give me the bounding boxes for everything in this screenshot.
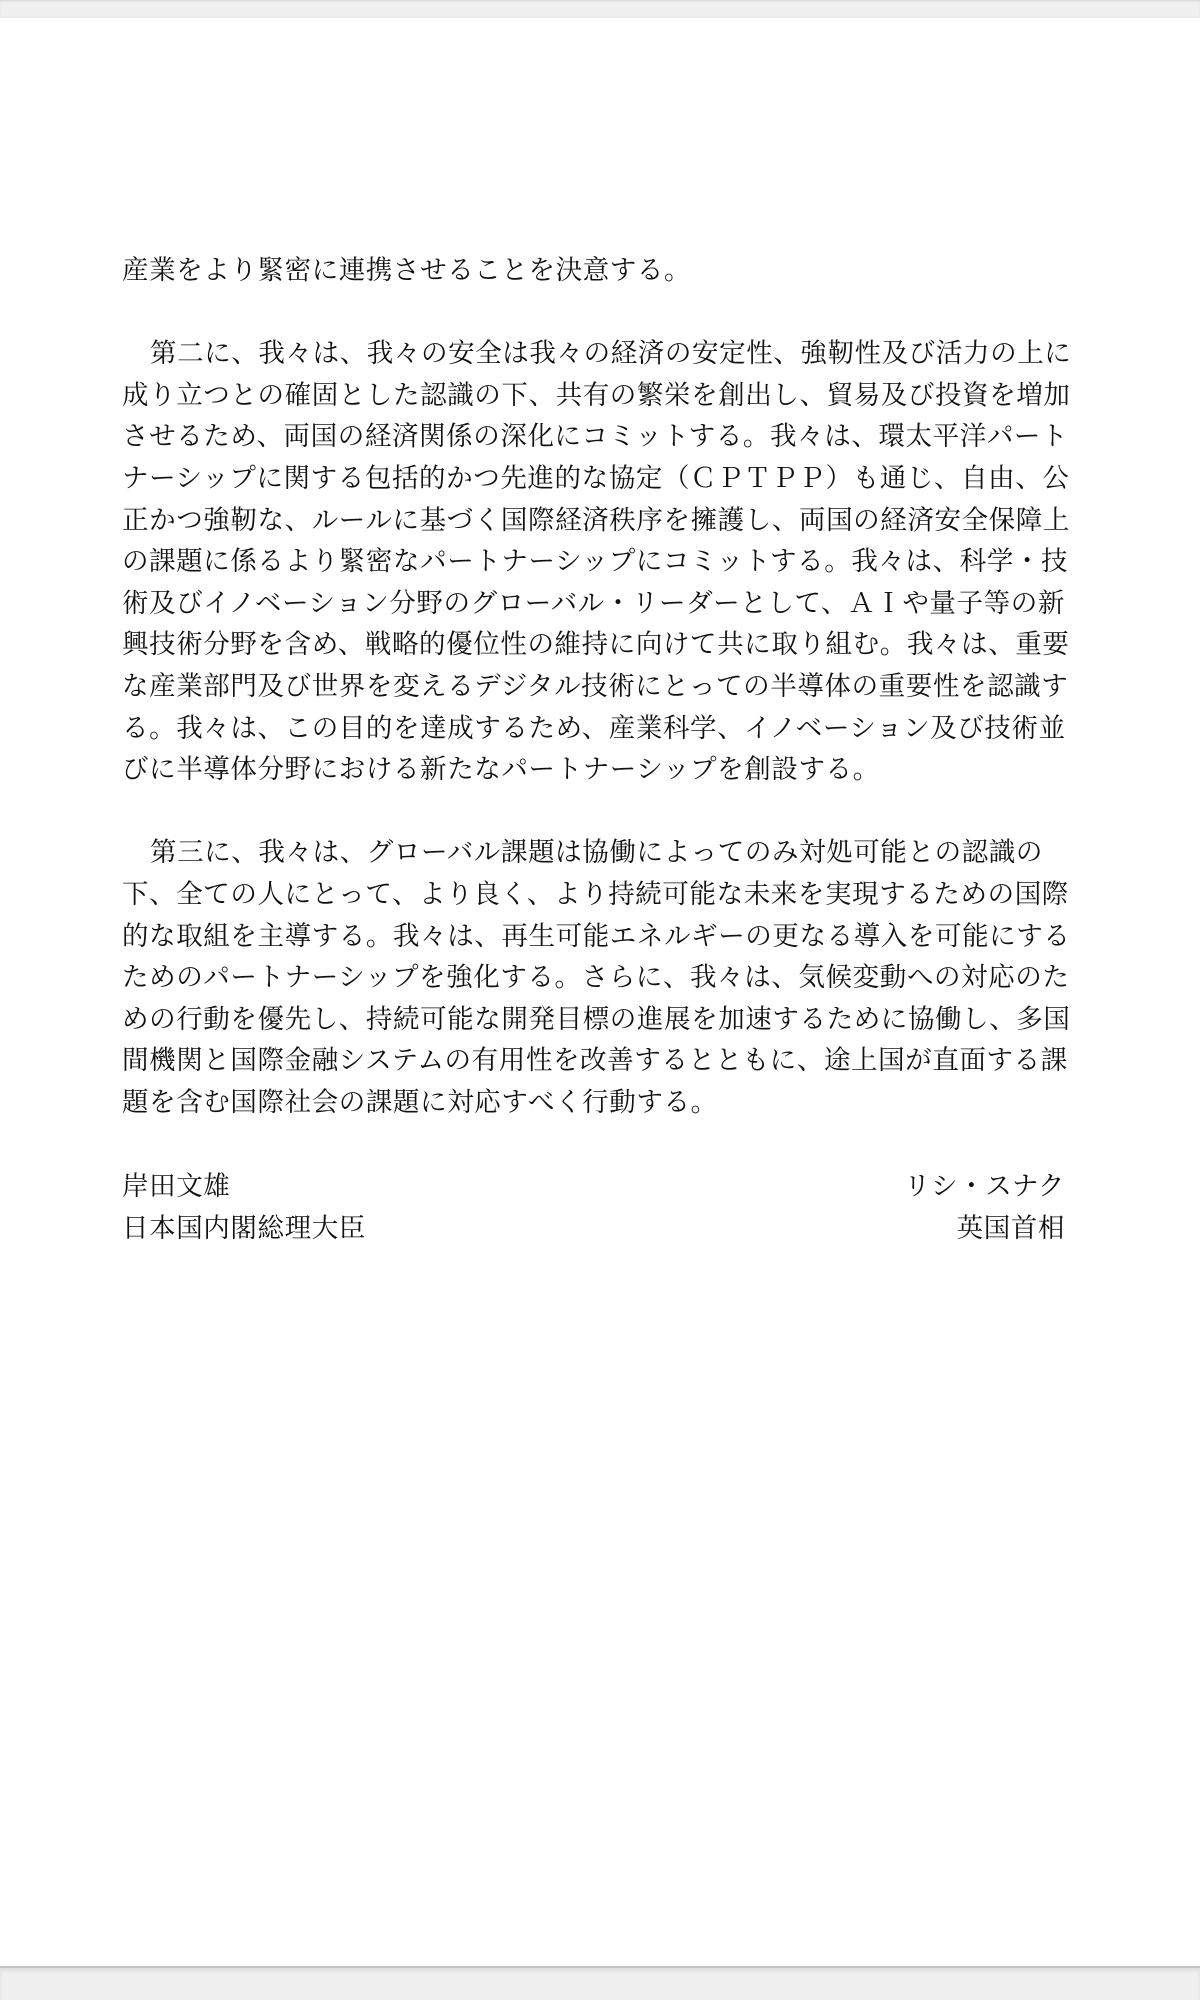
text-line: 第二に、我々は、我々の安全は我々の経済の安定性、強靭性及び活力の上に: [122, 333, 1097, 375]
text-line: びに半導体分野における新たなパートナーシップを創設する。: [122, 749, 1097, 791]
text-line: 正かつ強靭な、ルールに基づく国際経済秩序を擁護し、両国の経済安全保障上: [122, 500, 1097, 542]
signatory-name: リシ・スナク: [904, 1166, 1065, 1208]
text-line: 的な取組を主導する。我々は、再生可能エネルギーの更なる導入を可能にする: [122, 916, 1097, 958]
signatory-title: 日本国内閣総理大臣: [122, 1208, 366, 1250]
paragraph-second: 第二に、我々は、我々の安全は我々の経済の安定性、強靭性及び活力の上に 成り立つと…: [122, 333, 1097, 791]
viewer-top-bar: [0, 0, 1200, 19]
text-line: 興技術分野を含め、戦略的優位性の維持に向けて共に取り組む。我々は、重要: [122, 624, 1097, 666]
signatory-uk: リシ・スナク 英国首相: [904, 1166, 1065, 1249]
text-line: の課題に係るより緊密なパートナーシップにコミットする。我々は、科学・技: [122, 541, 1097, 583]
document-body: 産業をより緊密に連携させることを決意する。 第二に、我々は、我々の安全は我々の経…: [122, 250, 1097, 1123]
text-line: ためのパートナーシップを強化する。さらに、我々は、気候変動への対応のた: [122, 957, 1097, 999]
paragraph-gap: [122, 292, 1097, 334]
text-line: めの行動を優先し、持続可能な開発目標の進展を加速するために協働し、多国: [122, 999, 1097, 1041]
text-line: 題を含む国際社会の課題に対応すべく行動する。: [122, 1082, 1097, 1124]
text-line: 術及びイノベーション分野のグローバル・リーダーとして、ＡＩや量子等の新: [122, 583, 1097, 625]
text-line: 下、全ての人にとって、より良く、より持続可能な未来を実現するための国際: [122, 874, 1097, 916]
viewer-bottom-bar: [0, 1966, 1200, 2000]
paragraph-gap: [122, 791, 1097, 833]
signatory-japan: 岸田文雄 日本国内閣総理大臣: [122, 1166, 366, 1249]
text-line: 産業をより緊密に連携させることを決意する。: [122, 250, 1097, 292]
text-line: 成り立つとの確固とした認識の下、共有の繁栄を創出し、貿易及び投資を増加: [122, 375, 1097, 417]
text-line: 間機関と国際金融システムの有用性を改善するとともに、途上国が直面する課: [122, 1040, 1097, 1082]
signatory-title: 英国首相: [957, 1208, 1065, 1250]
signature-block: 岸田文雄 日本国内閣総理大臣 リシ・スナク 英国首相: [122, 1166, 1065, 1249]
continuation-paragraph: 産業をより緊密に連携させることを決意する。: [122, 250, 1097, 292]
text-line: ナーシップに関する包括的かつ先進的な協定（ＣＰＴＰＰ）も通じ、自由、公: [122, 458, 1097, 500]
signatory-name: 岸田文雄: [122, 1166, 366, 1208]
text-line: 第三に、我々は、グローバル課題は協働によってのみ対処可能との認識の: [122, 832, 1097, 874]
text-line: な産業部門及び世界を変えるデジタル技術にとっての半導体の重要性を認識す: [122, 666, 1097, 708]
text-line: る。我々は、この目的を達成するため、産業科学、イノベーション及び技術並: [122, 708, 1097, 750]
paragraph-third: 第三に、我々は、グローバル課題は協働によってのみ対処可能との認識の 下、全ての人…: [122, 832, 1097, 1123]
text-line: させるため、両国の経済関係の深化にコミットする。我々は、環太平洋パート: [122, 416, 1097, 458]
